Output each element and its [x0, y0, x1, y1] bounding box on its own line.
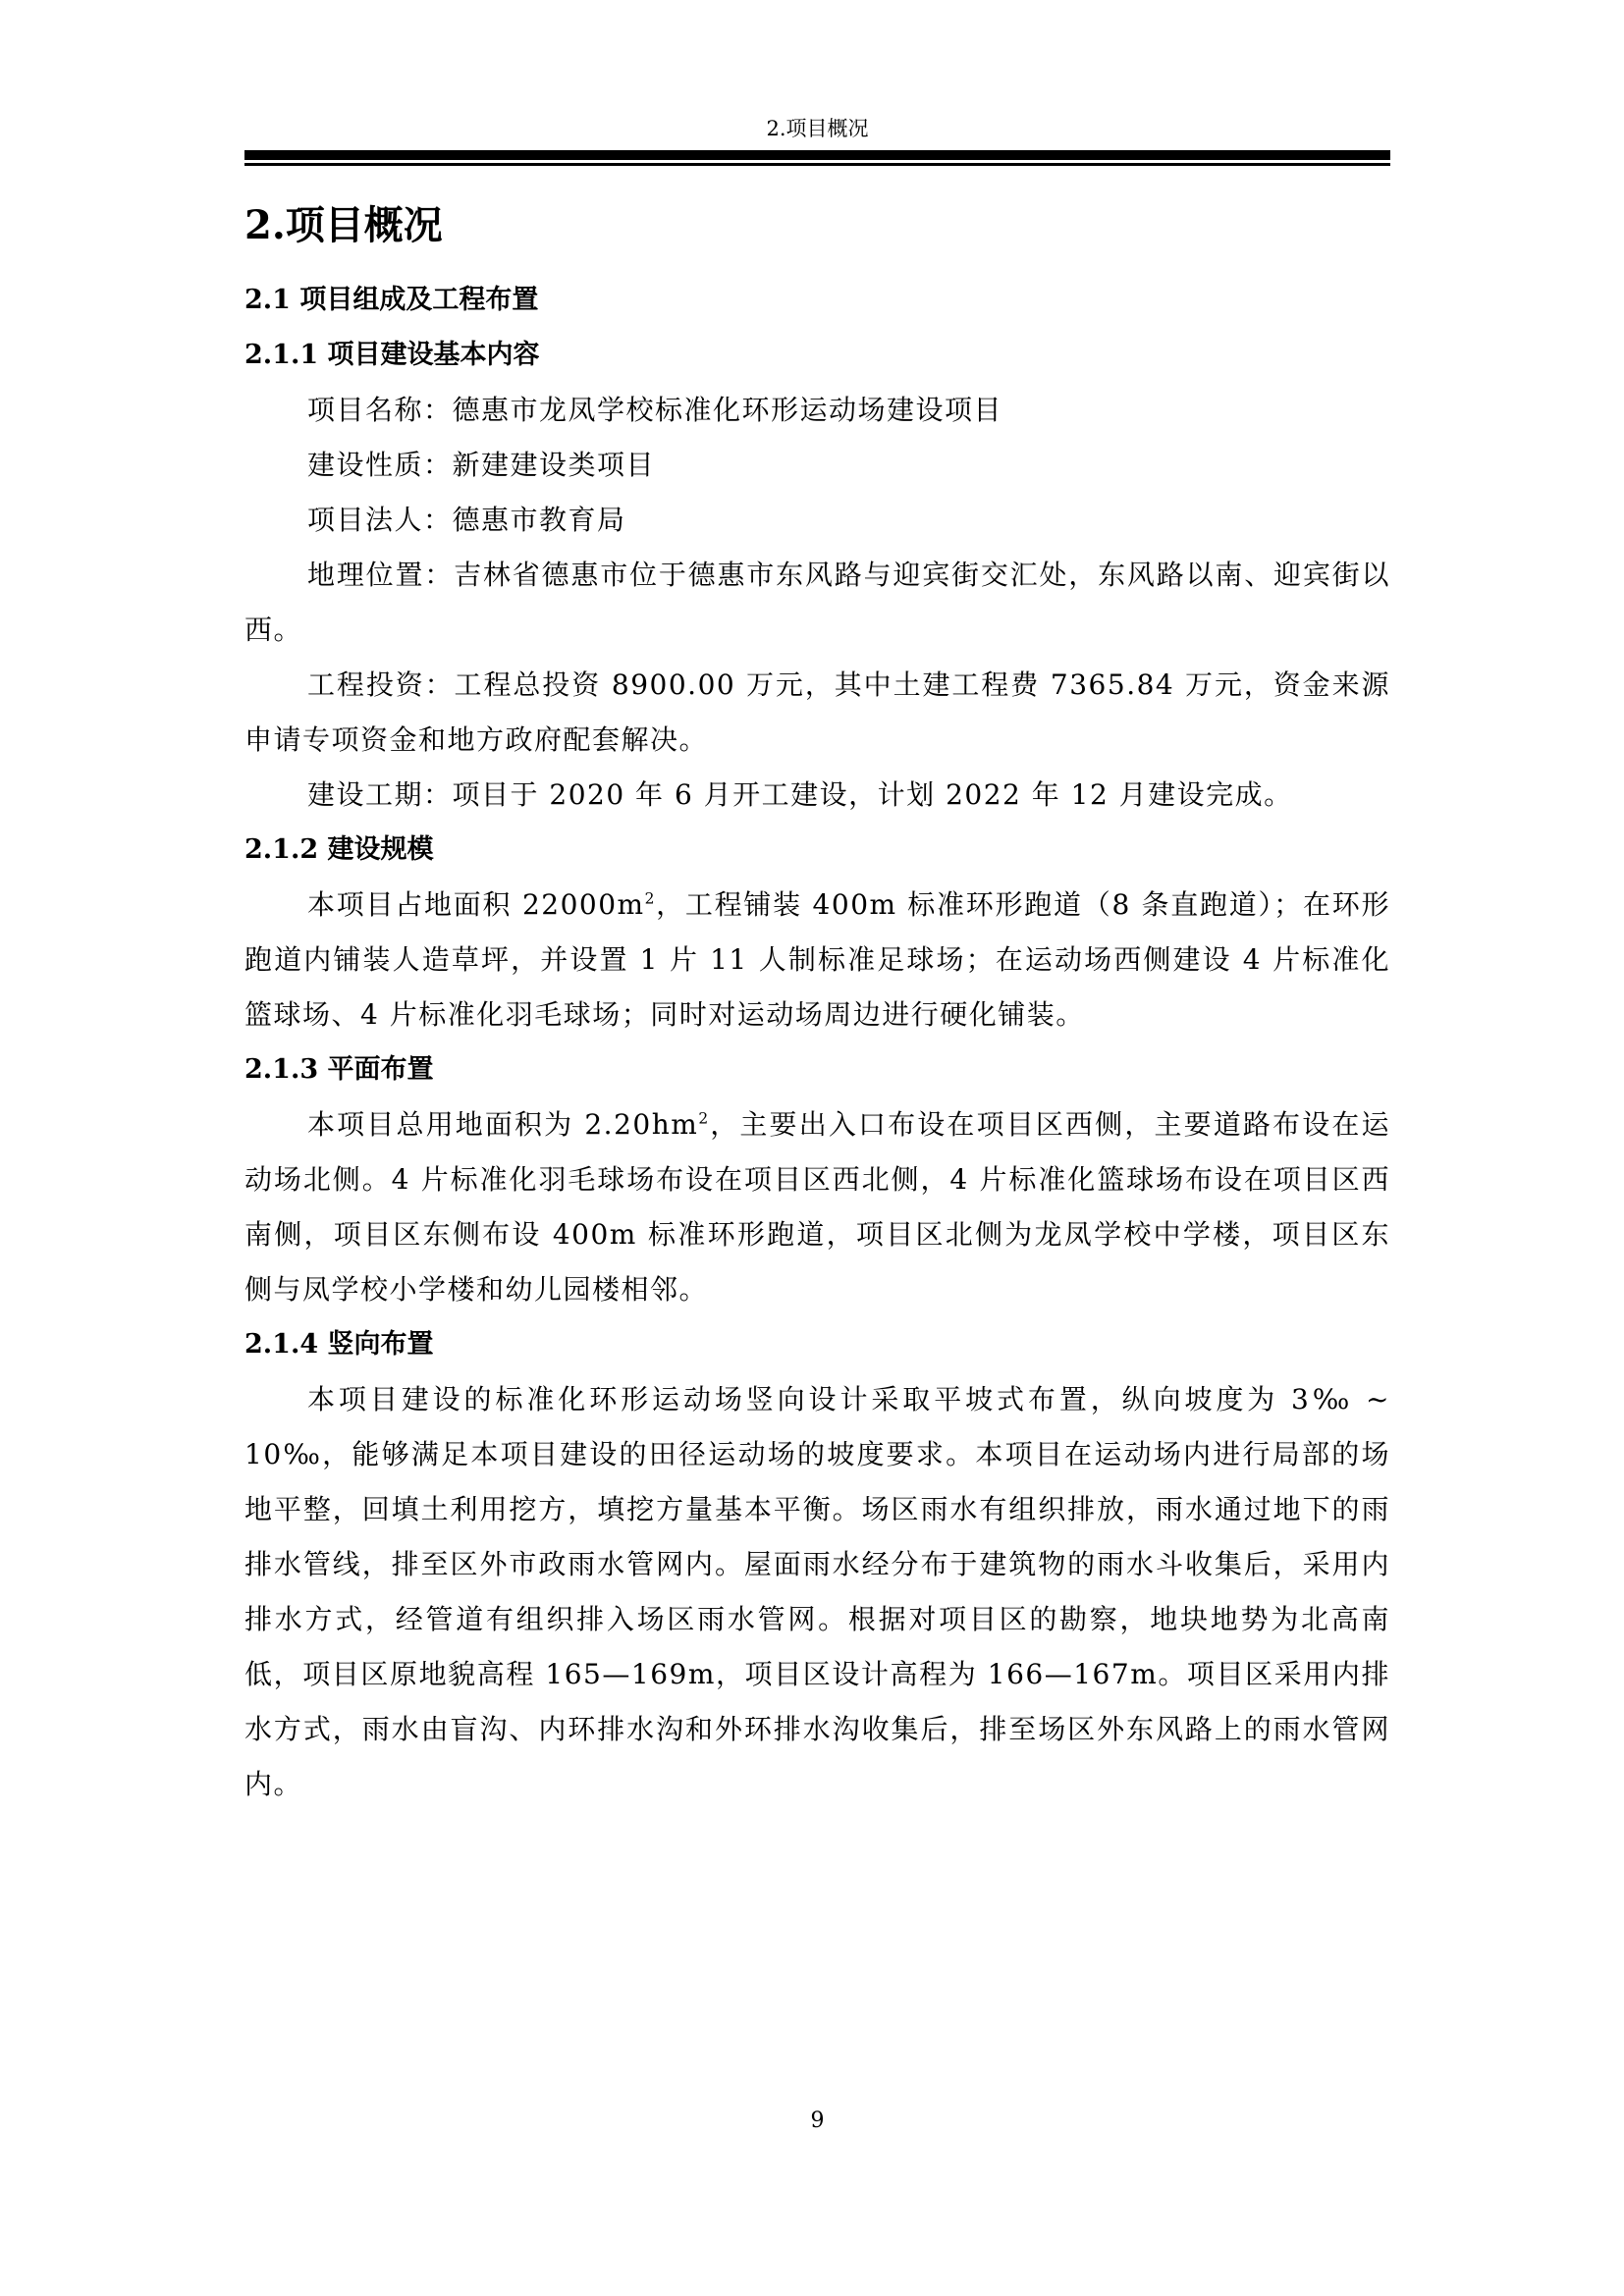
scale-text-a: 本项目占地面积 22000m: [307, 888, 645, 921]
section-2-1-2-title: 2.1.2 建设规模: [244, 823, 1390, 878]
scale-superscript: 2: [645, 890, 656, 908]
section-2-1-3-title: 2.1.3 平面布置: [244, 1042, 1390, 1097]
running-header: 2.项目概况: [244, 116, 1390, 141]
schedule-item: 建设工期：项目于 2020 年 6 月开工建设，计划 2022 年 12 月建设…: [244, 768, 1390, 823]
header-rule-thin: [244, 163, 1390, 166]
investment-item: 工程投资：工程总投资 8900.00 万元，其中土建工程费 7365.84 万元…: [244, 658, 1390, 768]
document-page: 2.项目概况 2.项目概况 2.1 项目组成及工程布置 2.1.1 项目建设基本…: [244, 0, 1390, 2296]
page-number: 9: [244, 2109, 1390, 2134]
page-content: 2.项目概况 2.1 项目组成及工程布置 2.1.1 项目建设基本内容 项目名称…: [244, 196, 1390, 1812]
construction-nature-item: 建设性质：新建建设类项目: [244, 438, 1390, 493]
layout-plan-paragraph: 本项目总用地面积为 2.20hm2，主要出入口布设在项目区西侧，主要道路布设在运…: [244, 1097, 1390, 1317]
project-name-item: 项目名称：德惠市龙凤学校标准化环形运动场建设项目: [244, 383, 1390, 438]
layout-text-a: 本项目总用地面积为 2.20hm: [307, 1108, 698, 1141]
vertical-layout-paragraph: 本项目建设的标准化环形运动场竖向设计采取平坡式布置，纵向坡度为 3‰ ~ 10‰…: [244, 1372, 1390, 1812]
chapter-title: 2.项目概况: [244, 196, 1390, 273]
section-2-1-4-title: 2.1.4 竖向布置: [244, 1317, 1390, 1372]
layout-superscript: 2: [698, 1110, 709, 1128]
construction-scale-paragraph: 本项目占地面积 22000m2，工程铺装 400m 标准环形跑道（8 条直跑道）…: [244, 878, 1390, 1042]
project-legal-entity-item: 项目法人：德惠市教育局: [244, 493, 1390, 548]
section-2-1-title: 2.1 项目组成及工程布置: [244, 273, 1390, 328]
section-2-1-1-title: 2.1.1 项目建设基本内容: [244, 328, 1390, 383]
header-rule-thick: [244, 150, 1390, 160]
location-item: 地理位置：吉林省德惠市位于德惠市东风路与迎宾街交汇处，东风路以南、迎宾街以西。: [244, 548, 1390, 658]
